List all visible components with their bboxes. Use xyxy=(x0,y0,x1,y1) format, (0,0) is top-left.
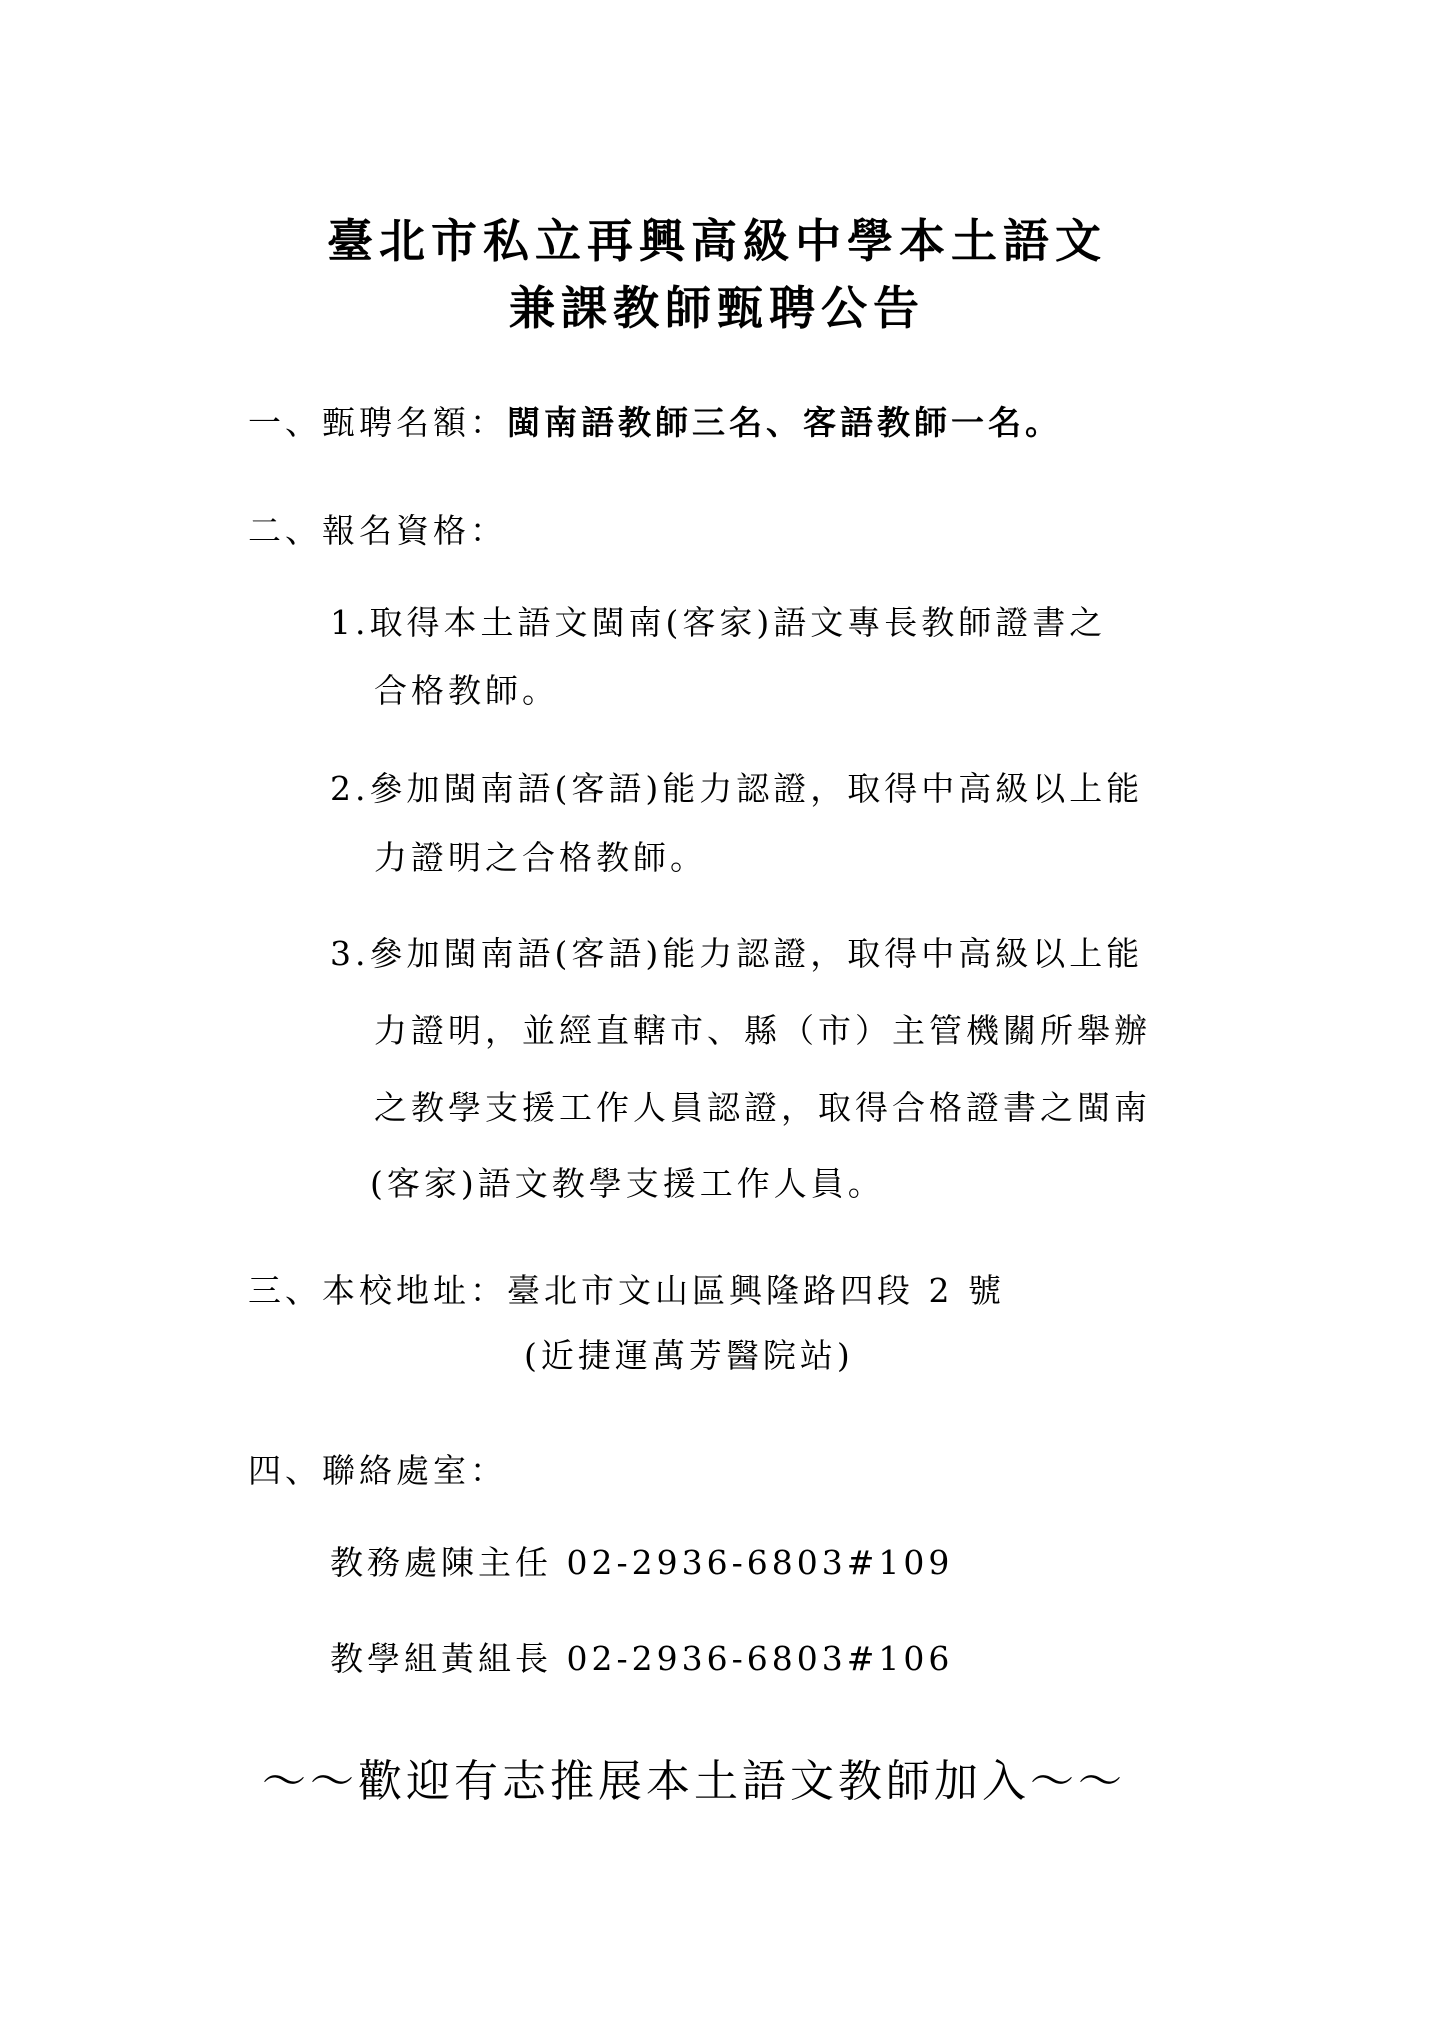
closing-message: ～～歡迎有志推展本土語文教師加入～～ xyxy=(262,1745,1126,1809)
section-qualifications-label: 二、報名資格： xyxy=(248,505,507,552)
qualification-2-line-1: 2.參加閩南語(客語)能力認證，取得中高級以上能 xyxy=(330,763,1143,810)
school-address: 臺北市文山區興隆路四段 2 號 xyxy=(507,1271,1005,1310)
section-quota: 一、甄聘名額：閩南語教師三名、客語教師一名。 xyxy=(248,397,1062,444)
qualification-2-line-2: 力證明之合格教師。 xyxy=(374,832,707,879)
qualification-3-line-2: 力證明，並經直轄市、縣（市）主管機關所舉辦 xyxy=(374,1005,1151,1052)
address-note: (近捷運萬芳醫院站) xyxy=(524,1330,854,1377)
qualification-1-number: 1. xyxy=(330,603,370,642)
contact-teaching-section: 教學組黃組長 02-2936-6803#106 xyxy=(330,1633,953,1680)
qualification-1-line-1: 1.取得本土語文閩南(客家)語文專長教師證書之 xyxy=(330,597,1106,644)
section-contact-label: 四、聯絡處室： xyxy=(248,1445,507,1492)
announcement-page: 臺北市私立再興高級中學本土語文 兼課教師甄聘公告 一、甄聘名額：閩南語教師三名、… xyxy=(0,0,1434,2024)
qualification-3-line-1: 3.參加閩南語(客語)能力認證，取得中高級以上能 xyxy=(330,928,1143,975)
qualification-3-line-3: 之教學支援工作人員認證，取得合格證書之閩南 xyxy=(374,1082,1151,1129)
title-line-2: 兼課教師甄聘公告 xyxy=(0,272,1434,338)
title-line-1: 臺北市私立再興高級中學本土語文 xyxy=(0,205,1434,271)
qualification-3-number: 3. xyxy=(330,934,370,973)
qualification-3-line-4: (客家)語文教學支援工作人員。 xyxy=(370,1158,885,1205)
section-address-label: 三、本校地址： xyxy=(248,1271,507,1310)
section-quota-label: 一、甄聘名額： xyxy=(248,403,507,442)
contact-academic-director: 教務處陳主任 02-2936-6803#109 xyxy=(330,1537,953,1584)
section-quota-value: 閩南語教師三名、客語教師一名。 xyxy=(507,403,1062,442)
qualification-1-line-2: 合格教師。 xyxy=(374,665,559,712)
section-address: 三、本校地址：臺北市文山區興隆路四段 2 號 xyxy=(248,1265,1005,1312)
qualification-2-number: 2. xyxy=(330,769,370,808)
